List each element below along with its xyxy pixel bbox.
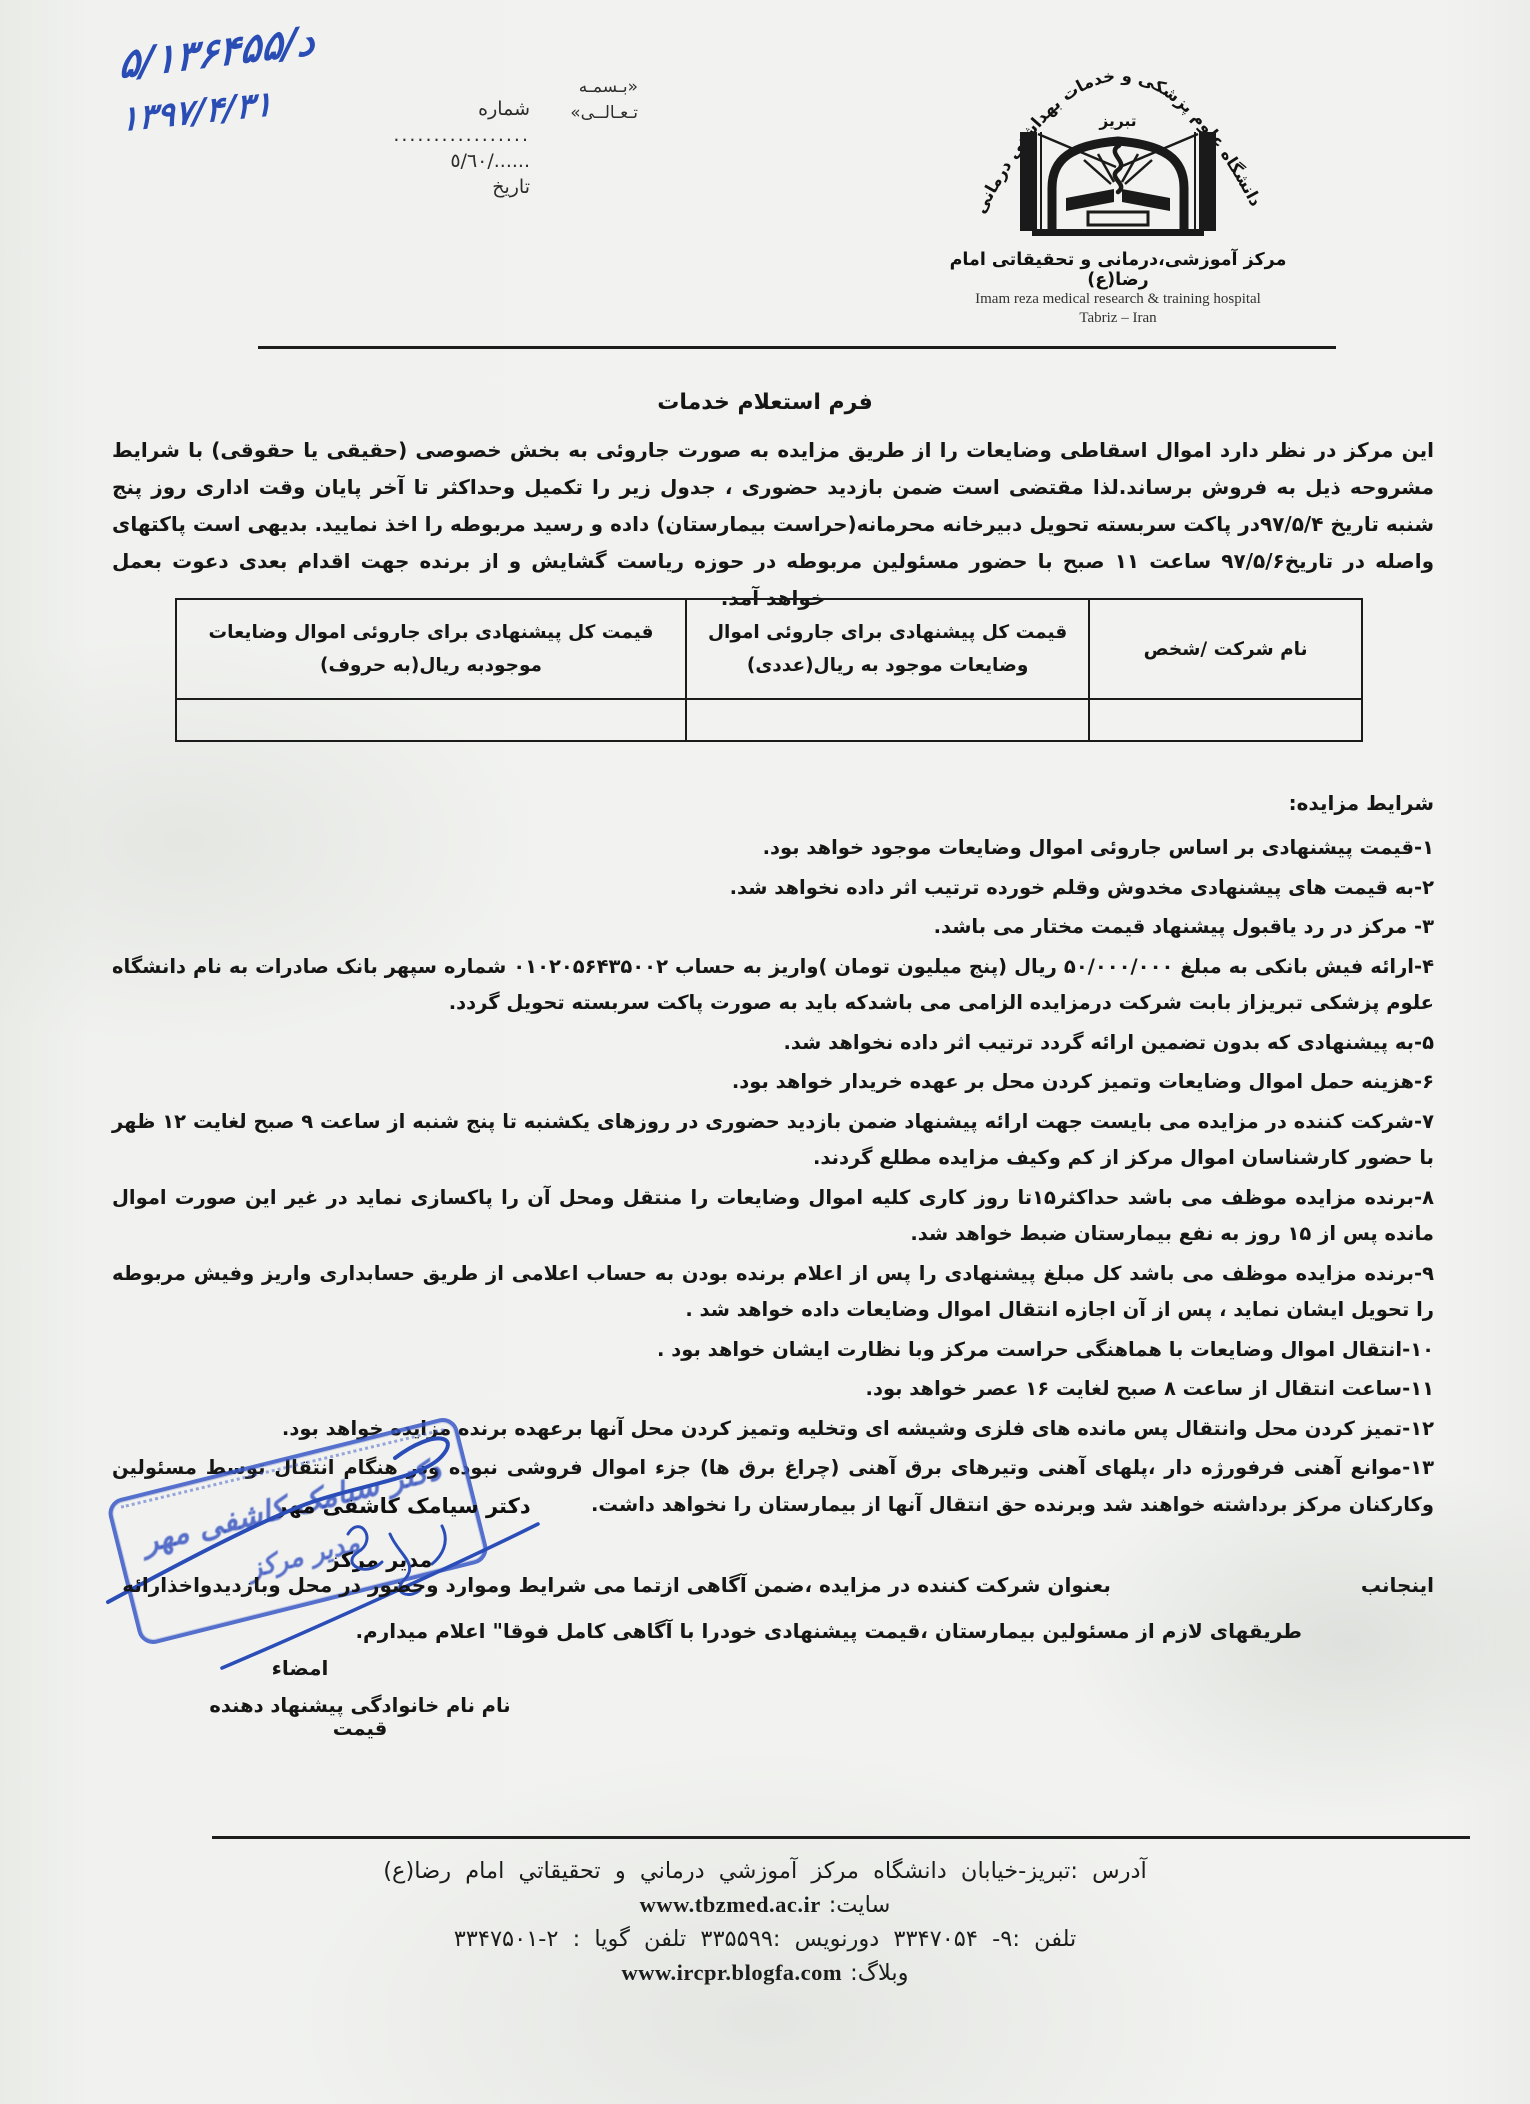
condition-item-7: ۷-شرکت کننده در مزایده می بایست جهت ارائ… — [112, 1104, 1434, 1177]
condition-item-6: ۶-هزینه حمل اموال وضایعات وتمیز کردن محل… — [112, 1064, 1434, 1101]
undertaking-paragraph: اینجانببعنوان شرکت کننده در مزایده ،ضمن … — [112, 1562, 1434, 1654]
footer-site-line: سایت:www.tbzmed.ac.ir — [55, 1888, 1475, 1922]
besmeleh: «بـسمـه تـعـالــی» — [528, 74, 638, 126]
bid-table-header-row: نام شرکت /شخص قیمت کل پیشنهادی برای جارو… — [176, 599, 1362, 699]
undertaking-line1-text: بعنوان شرکت کننده در مزایده ،ضمن آگاهی ا… — [122, 1573, 1111, 1597]
footer-divider-line — [212, 1836, 1470, 1839]
number-code: ٥/٦٠/...... — [330, 148, 530, 174]
undertaking-line2: طریقهای لازم از مسئولین بیمارستان ،قیمت … — [112, 1608, 1434, 1654]
scanned-document-page: ۵/د/۱۳۶۴۵۵ ۱۳۹۷/۴/۳۱ شماره .............… — [0, 0, 1530, 2104]
svg-text:تبریز: تبریز — [1098, 112, 1136, 130]
hospital-name-en: Imam reza medical research & training ho… — [948, 290, 1288, 309]
condition-item-2: ۲-به قیمت های پیشنهادی مخدوش وقلم خورده … — [112, 870, 1434, 907]
footer-phones: تلفن :۹- ۳۳۴۷۰۵۴ دورنویس :۳۳۵۵۹۹ تلفن گو… — [55, 1922, 1475, 1956]
bidder-name-label: نام نام خانوادگی پیشنهاد دهنده قیمت — [180, 1694, 540, 1740]
hospital-name-fa: مرکز آموزشی،درمانی و تحقیقاتی امام رضا(ع… — [948, 250, 1288, 290]
column-company-person: نام شرکت /شخص — [1089, 599, 1362, 699]
footer-address: آدرس :تبریز-خیابان دانشگاه مرکز آموزشي د… — [55, 1854, 1475, 1888]
condition-item-1: ۱-قیمت پیشنهادی بر اساس جاروئی اموال وضا… — [112, 830, 1434, 867]
condition-item-5: ۵-به پیشنهادی که بدون تضمین ارائه گردد ت… — [112, 1025, 1434, 1062]
handwritten-date: ۱۳۹۷/۴/۳۱ — [120, 84, 272, 140]
number-dotted-line: ................. — [330, 122, 530, 148]
hospital-location-en: Tabriz – Iran — [948, 309, 1288, 328]
bid-table: نام شرکت /شخص قیمت کل پیشنهادی برای جارو… — [175, 598, 1363, 742]
header-divider-line — [258, 346, 1336, 349]
besmeleh-line1: «بـسمـه — [528, 74, 638, 100]
condition-item-9: ۹-برنده مزایده موظف می باشد کل مبلغ پیشن… — [112, 1256, 1434, 1329]
empty-cell-words — [176, 699, 686, 741]
hospital-logo-block: دانشگاه علوم پزشکی و خدمات بهداشتی درمان… — [948, 26, 1288, 328]
empty-cell-name — [1089, 699, 1362, 741]
empty-cell-numeric — [686, 699, 1089, 741]
undertaking-lead: اینجانب — [1361, 1573, 1434, 1597]
condition-item-3: ۳- مرکز در رد یاقبول پیشنهاد قیمت مختار … — [112, 909, 1434, 946]
condition-item-11: ۱۱-ساعت انتقال از ساعت ۸ صبح لغایت ۱۶ عص… — [112, 1371, 1434, 1408]
footer-block: آدرس :تبریز-خیابان دانشگاه مرکز آموزشي د… — [55, 1854, 1475, 1990]
blog-url: www.ircpr.blogfa.com — [622, 1960, 843, 1985]
signature-label: امضاء — [240, 1656, 360, 1680]
condition-item-10: ۱۰-انتقال اموال وضایعات با هماهنگی حراست… — [112, 1332, 1434, 1369]
number-label: شماره — [330, 96, 530, 122]
intro-paragraph: این مرکز در نظر دارد اموال اسقاطی وضایعا… — [112, 432, 1434, 617]
undertaking-line1: اینجانببعنوان شرکت کننده در مزایده ،ضمن … — [112, 1562, 1434, 1608]
handwritten-reference-number: ۵/د/۱۳۶۴۵۵ — [118, 18, 315, 89]
document-title: فرم استعلام خدمات — [115, 390, 1415, 415]
date-label: تاریخ — [330, 174, 530, 200]
site-label: سایت: — [829, 1892, 891, 1918]
column-price-numeric: قیمت کل پیشنهادی برای جاروئی اموال وضایع… — [686, 599, 1089, 699]
conditions-heading: شرایط مزایده: — [112, 785, 1434, 821]
hospital-logo-icon: دانشگاه علوم پزشکی و خدمات بهداشتی درمان… — [968, 26, 1268, 248]
footer-blog-line: وبلاگ:www.ircpr.blogfa.com — [55, 1956, 1475, 1990]
condition-item-8: ۸-برنده مزایده موظف می باشد حداکثر۱۵تا ر… — [112, 1180, 1434, 1253]
site-url: www.tbzmed.ac.ir — [640, 1892, 821, 1917]
besmeleh-line2: تـعـالــی» — [528, 100, 638, 126]
letterhead-number-date-block: شماره ................. ٥/٦٠/...... تاری… — [330, 96, 530, 200]
condition-item-4: ۴-ارائه فیش بانکی به مبلغ ۵۰/۰۰۰/۰۰۰ ریا… — [112, 949, 1434, 1022]
blog-label: وبلاگ: — [850, 1960, 908, 1986]
column-price-words: قیمت کل پیشنهادی برای جاروئی اموال وضایع… — [176, 599, 686, 699]
bid-table-empty-row — [176, 699, 1362, 741]
